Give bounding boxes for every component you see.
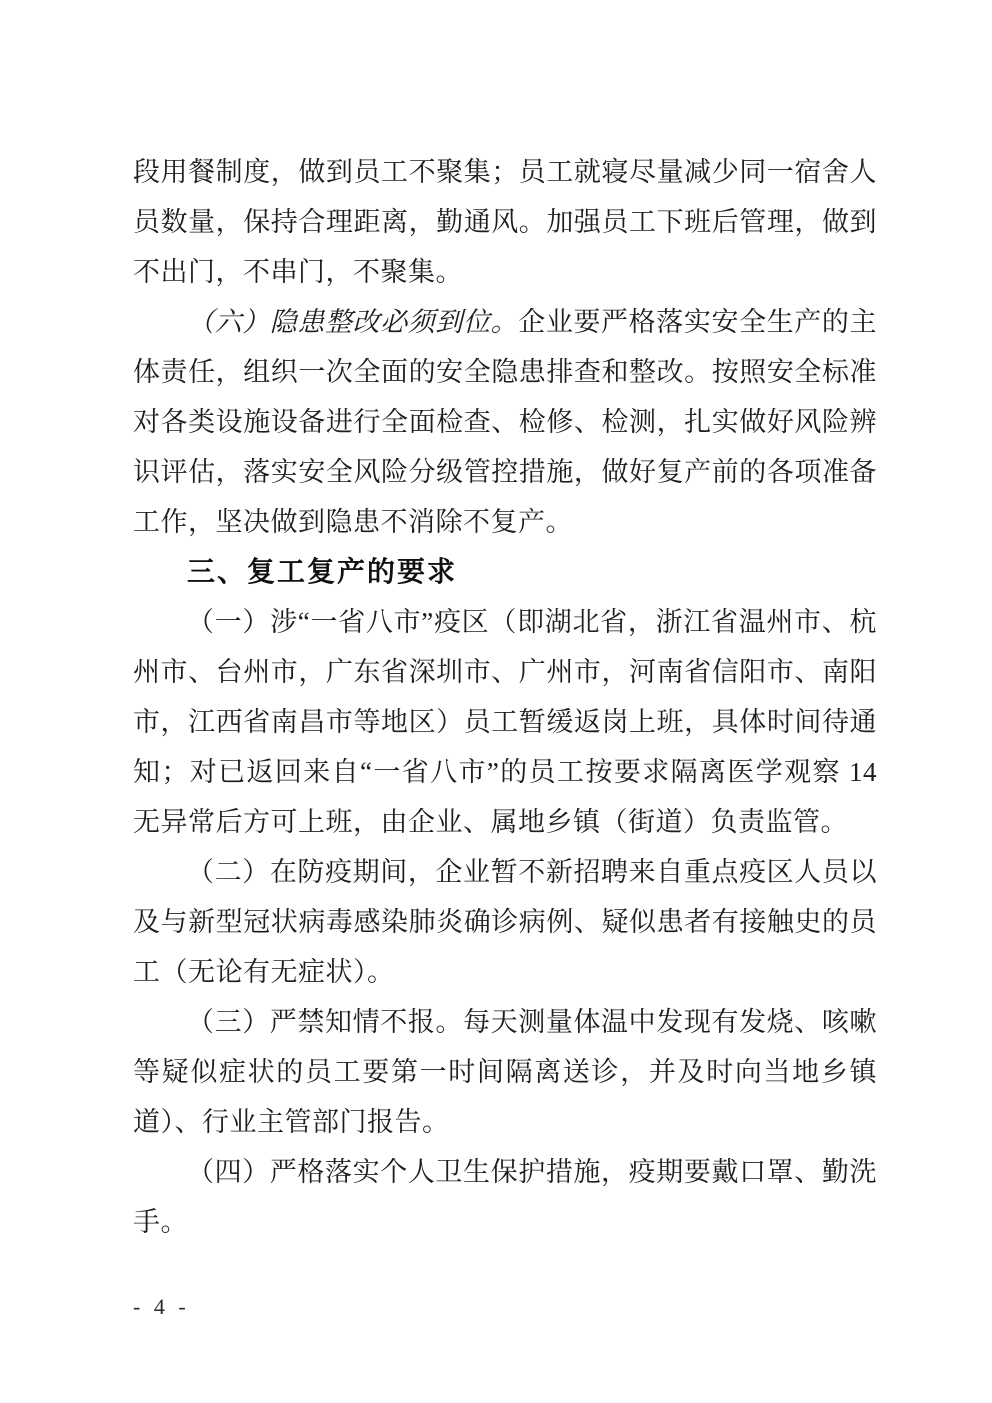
text-line: 体责任，组织一次全面的安全隐患排查和整改。按照安全标准	[133, 347, 877, 397]
paragraph-item-2: （二）在防疫期间，企业暂不新招聘来自重点疫区人员以 及与新型冠状病毒感染肺炎确诊…	[133, 847, 877, 997]
text-line: 手。	[133, 1197, 877, 1247]
lead-in-kaiti: （六）隐患整改必须到位。	[187, 307, 518, 337]
page-number: - 4 -	[133, 1292, 190, 1322]
text-line: （六）隐患整改必须到位。企业要严格落实安全生产的主	[133, 297, 877, 347]
text-line: 无异常后方可上班，由企业、属地乡镇（街道）负责监管。	[133, 797, 877, 847]
text-line: （三）严禁知情不报。每天测量体温中发现有发烧、咳嗽	[133, 997, 877, 1047]
document-body: 段用餐制度，做到员工不聚集；员工就寝尽量减少同一宿舍人 员数量，保持合理距离，勤…	[133, 147, 877, 1247]
paragraph-continuation: 段用餐制度，做到员工不聚集；员工就寝尽量减少同一宿舍人 员数量，保持合理距离，勤…	[133, 147, 877, 297]
text-line: 工作，坚决做到隐患不消除不复产。	[133, 497, 877, 547]
lead-in-rest: 企业要严格落实安全生产的主	[518, 307, 877, 337]
text-line: 员数量，保持合理距离，勤通风。加强员工下班后管理，做到	[133, 197, 877, 247]
text-line: 及与新型冠状病毒感染肺炎确诊病例、疑似患者有接触史的员	[133, 897, 877, 947]
text-line: 识评估，落实安全风险分级管控措施，做好复产前的各项准备	[133, 447, 877, 497]
text-line: （四）严格落实个人卫生保护措施，疫期要戴口罩、勤洗	[133, 1147, 877, 1197]
text-line: 市，江西省南昌市等地区）员工暂缓返岗上班，具体时间待通	[133, 697, 877, 747]
text-line: 等疑似症状的员工要第一时间隔离送诊，并及时向当地乡镇（街	[133, 1047, 877, 1097]
paragraph-item-3: （三）严禁知情不报。每天测量体温中发现有发烧、咳嗽 等疑似症状的员工要第一时间隔…	[133, 997, 877, 1147]
text-line: 工（无论有无症状）。	[133, 947, 877, 997]
paragraph-item-4: （四）严格落实个人卫生保护措施，疫期要戴口罩、勤洗 手。	[133, 1147, 877, 1247]
paragraph-item-6: （六）隐患整改必须到位。企业要严格落实安全生产的主 体责任，组织一次全面的安全隐…	[133, 297, 877, 547]
document-page: 段用餐制度，做到员工不聚集；员工就寝尽量减少同一宿舍人 员数量，保持合理距离，勤…	[0, 0, 992, 1403]
text-line: 对各类设施设备进行全面检查、检修、检测，扎实做好风险辨	[133, 397, 877, 447]
text-line: 不出门，不串门，不聚集。	[133, 247, 877, 297]
section-heading: 三、复工复产的要求	[133, 547, 877, 597]
text-line: （二）在防疫期间，企业暂不新招聘来自重点疫区人员以	[133, 847, 877, 897]
paragraph-item-1: （一）涉“一省八市”疫区（即湖北省，浙江省温州市、杭 州市、台州市，广东省深圳市…	[133, 597, 877, 847]
text-line: 段用餐制度，做到员工不聚集；员工就寝尽量减少同一宿舍人	[133, 147, 877, 197]
text-line: 知；对已返回来自“一省八市”的员工按要求隔离医学观察 14 天	[133, 747, 877, 797]
text-line: 州市、台州市，广东省深圳市、广州市，河南省信阳市、南阳	[133, 647, 877, 697]
text-line: （一）涉“一省八市”疫区（即湖北省，浙江省温州市、杭	[133, 597, 877, 647]
text-line: 道）、行业主管部门报告。	[133, 1097, 877, 1147]
